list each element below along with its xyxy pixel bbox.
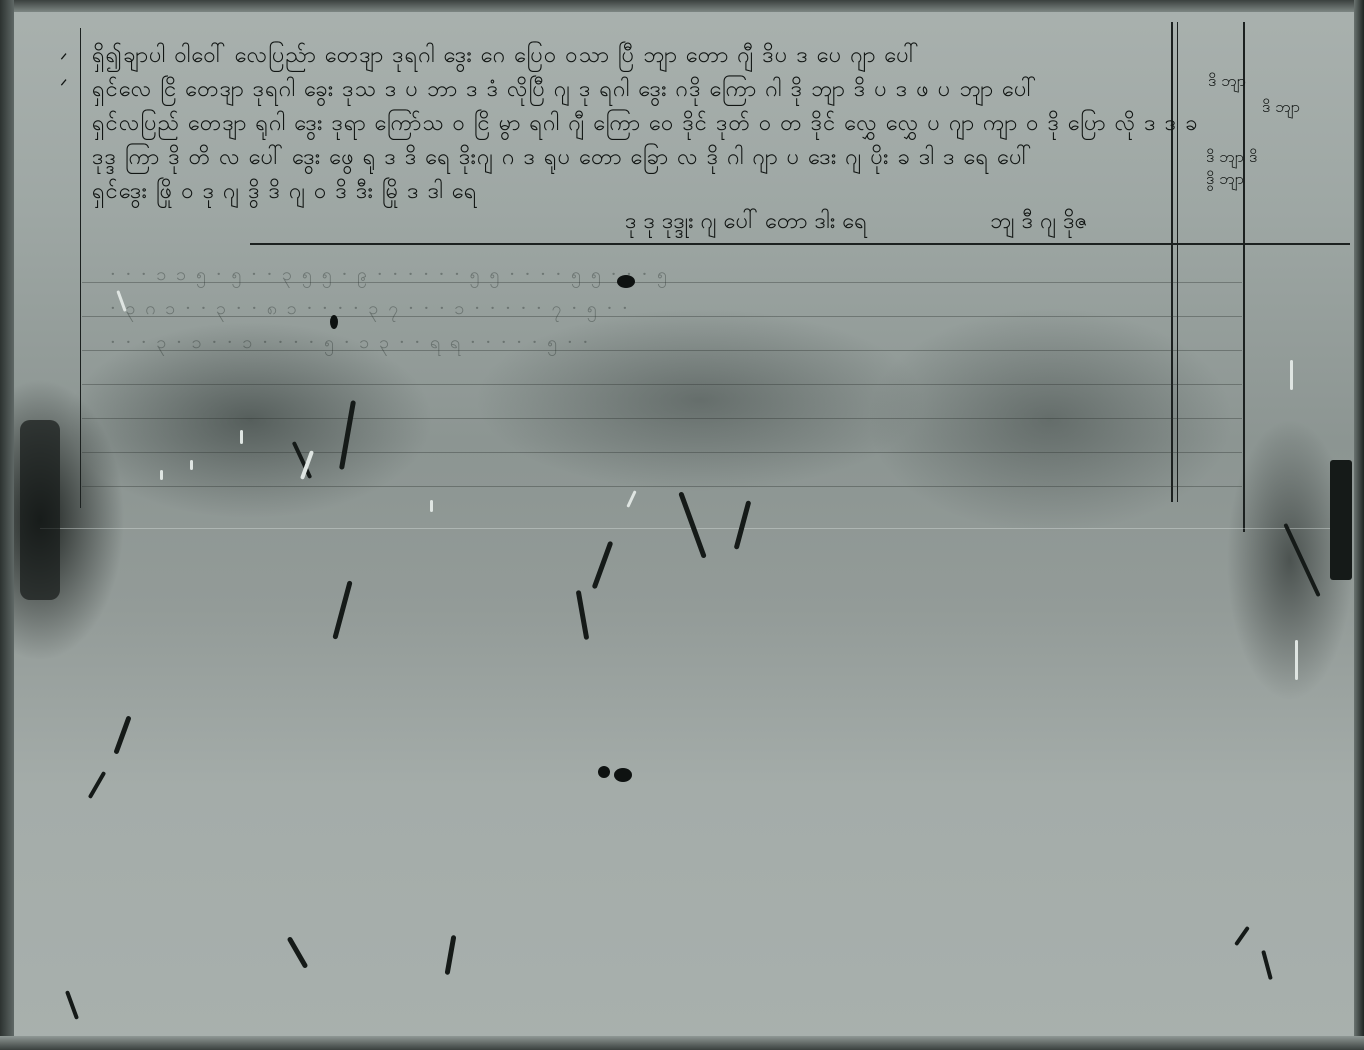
ink-blot	[330, 315, 338, 329]
margin-tick: ᐟ	[60, 76, 68, 97]
damage-mark	[445, 935, 457, 975]
manuscript-page: ရှိ၍ချာပါ ဝါဝေါ် လေပြည်ာ တေဒျာ ဒုရဂါ ဒွေ…	[0, 0, 1364, 1050]
damage-mark	[734, 500, 752, 550]
margin-note-2: ဒိ ဘျာ	[1262, 96, 1300, 120]
damage-mark	[1330, 460, 1352, 580]
manuscript-line-1: ရှိ၍ချာပါ ဝါဝေါ် လေပြည်ာ တေဒျာ ဒုရဂါ ဒွေ…	[92, 40, 920, 73]
worm-hole	[430, 500, 433, 512]
signature-text: ဒု ဒု ဒုဒ္ဒုး ဂျ ပေါ် တော ဒါး ရေ	[625, 206, 867, 239]
scan-top-edge	[0, 0, 1364, 12]
manuscript-line-2: ရှင်လေ ငြိ တေဒျာ ဒုရဂါ ခွေး ဒုသ ဒ ပ ဘာ ဒ…	[92, 74, 1037, 107]
worm-hole	[190, 460, 193, 470]
damage-mark	[576, 590, 590, 640]
faint-text-line-1: · · · ၁ ၁ ၅ · ၅ · · ၃ ၅ ၅ · ၉ · · · · · …	[110, 262, 669, 289]
ruled-line	[82, 452, 1242, 453]
damage-mark	[332, 580, 352, 639]
faint-text-line-3: · · · ၃ · ၁ · · ၁ · · · · ၅ · ၁ ၃ · · ရ …	[110, 330, 590, 357]
damage-mark	[1283, 523, 1320, 597]
ink-blot	[598, 766, 610, 778]
right-margin-rule-2	[1177, 22, 1178, 502]
margin-note-4: ဒွိ ဘျာ	[1206, 168, 1244, 192]
margin-note-3: ဒိ ဘျာ ဒိ	[1206, 146, 1257, 170]
right-margin-rule-3	[1243, 22, 1245, 532]
damage-mark	[20, 420, 60, 600]
manuscript-line-5: ရှင်ဒွေး ဖြို ဝ ဒု ဂျ ဒွိ ဒိ ဂျ ဝ ဒိ ဒီး…	[92, 176, 478, 209]
manuscript-line-3: ရှင်လပြည် တေဒျာ ရုဂါ ဒွေး ဒုရာ ကြော်သ ဝ …	[92, 108, 1199, 141]
left-margin-rule	[80, 28, 81, 508]
right-margin-rule-1	[1171, 22, 1173, 502]
damage-mark	[1234, 926, 1250, 946]
worm-hole	[1290, 360, 1293, 390]
faint-text-line-2: · ၃ ဂ ၁ · · ၃ · · ၈ ၁ · · · · ၃ ၇ · · · …	[110, 296, 630, 323]
ink-blot	[614, 768, 632, 782]
margin-tick: ᐟ	[60, 50, 68, 71]
signature-divider	[250, 243, 1350, 245]
damage-mark	[339, 400, 356, 470]
margin-note-1: ဒိ ဘျာ	[1208, 70, 1246, 94]
manuscript-line-4: ဒုဒ္ဒ ကြာ ဒို တိ လ ပေါ် ဒွေး ဖွေ ရု ဒ ဒိ…	[92, 142, 1033, 175]
signature-date: ဘျ ဒီ ဂျ ဒိုဇ	[990, 206, 1088, 239]
scan-right-edge	[1354, 0, 1364, 1050]
damage-mark	[88, 771, 106, 799]
ruled-line	[82, 486, 1242, 487]
damage-mark	[287, 936, 309, 969]
ink-blot	[617, 275, 635, 288]
ruled-line	[82, 384, 1242, 385]
damage-mark	[678, 491, 707, 558]
scan-bottom-edge	[0, 1036, 1364, 1050]
scan-left-edge	[0, 0, 14, 1050]
worm-hole	[1295, 640, 1298, 680]
damage-mark	[1261, 950, 1273, 980]
ruled-line	[82, 418, 1242, 419]
worm-hole	[240, 430, 243, 444]
worm-hole	[160, 470, 163, 480]
damage-mark	[592, 541, 614, 590]
damage-mark	[65, 990, 79, 1020]
worm-hole	[626, 490, 636, 508]
damage-mark	[113, 715, 131, 754]
